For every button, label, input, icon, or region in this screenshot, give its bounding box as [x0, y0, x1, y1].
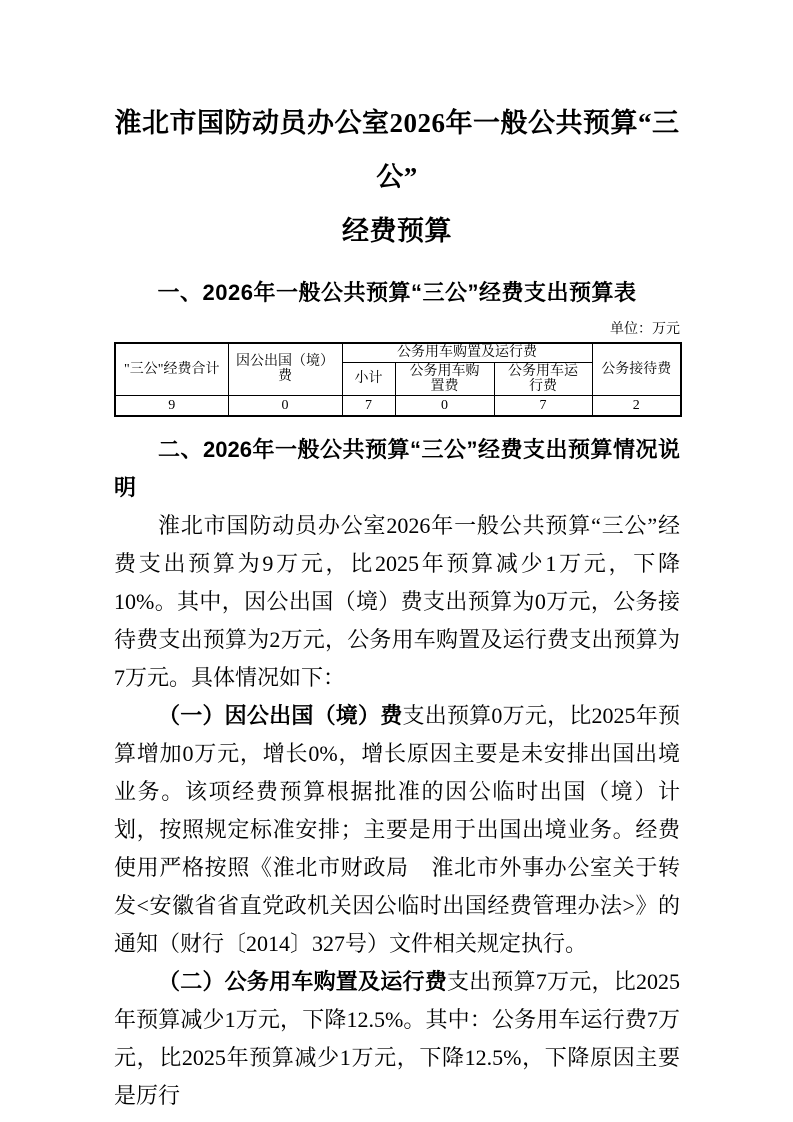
page-title: 淮北市国防动员办公室2026年一般公共预算“三公” 经费预算	[114, 96, 680, 258]
table-header-vehicle-operation: 公务用车运行费	[494, 362, 592, 395]
paragraph-overview-text: 淮北市国防动员办公室2026年一般公共预算“三公”经费支出预算为9万元，比202…	[114, 513, 680, 690]
unit-label: 单位：万元	[114, 321, 680, 339]
table-header-row-1: "三公"经费合计 因公出国（境）费 公务用车购置及运行费 公务接待费	[115, 343, 681, 362]
cell-vehicle-purchase: 0	[395, 395, 494, 416]
table-header-abroad: 因公出国（境）费	[228, 343, 342, 395]
title-line-1: 淮北市国防动员办公室2026年一般公共预算“三公”	[115, 108, 680, 192]
budget-table: "三公"经费合计 因公出国（境）费 公务用车购置及运行费 公务接待费 小计 公务…	[114, 342, 682, 417]
document-page: 淮北市国防动员办公室2026年一般公共预算“三公” 经费预算 一、2026年一般…	[0, 0, 793, 1122]
table-header-vehicle-purchase: 公务用车购置费	[395, 362, 494, 395]
paragraph-vehicle-expense-lead: （二）公务用车购置及运行费	[158, 969, 447, 994]
section2-heading: 二、2026年一般公共预算“三公”经费支出预算情况说明	[114, 431, 680, 507]
paragraph-abroad-expense-text: 支出预算0万元，比2025年预算增加0万元，增长0%，增长原因主要是未安排出国出…	[114, 703, 680, 956]
table-header-reception: 公务接待费	[592, 343, 681, 395]
paragraph-abroad-expense-lead: （一）因公出国（境）费	[158, 703, 403, 728]
cell-vehicle-subtotal: 7	[342, 395, 395, 416]
table-header-vehicle-subtotal: 小计	[342, 362, 395, 395]
cell-total: 9	[115, 395, 228, 416]
cell-abroad: 0	[228, 395, 342, 416]
table-row: 9 0 7 0 7 2	[115, 395, 681, 416]
paragraph-abroad-expense: （一）因公出国（境）费支出预算0万元，比2025年预算增加0万元，增长0%，增长…	[114, 697, 680, 963]
title-line-2: 经费预算	[342, 216, 452, 246]
paragraph-vehicle-expense: （二）公务用车购置及运行费支出预算7万元，比2025年预算减少1万元，下降12.…	[114, 963, 680, 1115]
table-header-vehicle-group: 公务用车购置及运行费	[342, 343, 592, 362]
table-header-total: "三公"经费合计	[115, 343, 228, 395]
section1-heading: 一、2026年一般公共预算“三公”经费支出预算表	[114, 275, 680, 311]
cell-reception: 2	[592, 395, 681, 416]
paragraph-overview: 淮北市国防动员办公室2026年一般公共预算“三公”经费支出预算为9万元，比202…	[114, 507, 680, 697]
cell-vehicle-operation: 7	[494, 395, 592, 416]
